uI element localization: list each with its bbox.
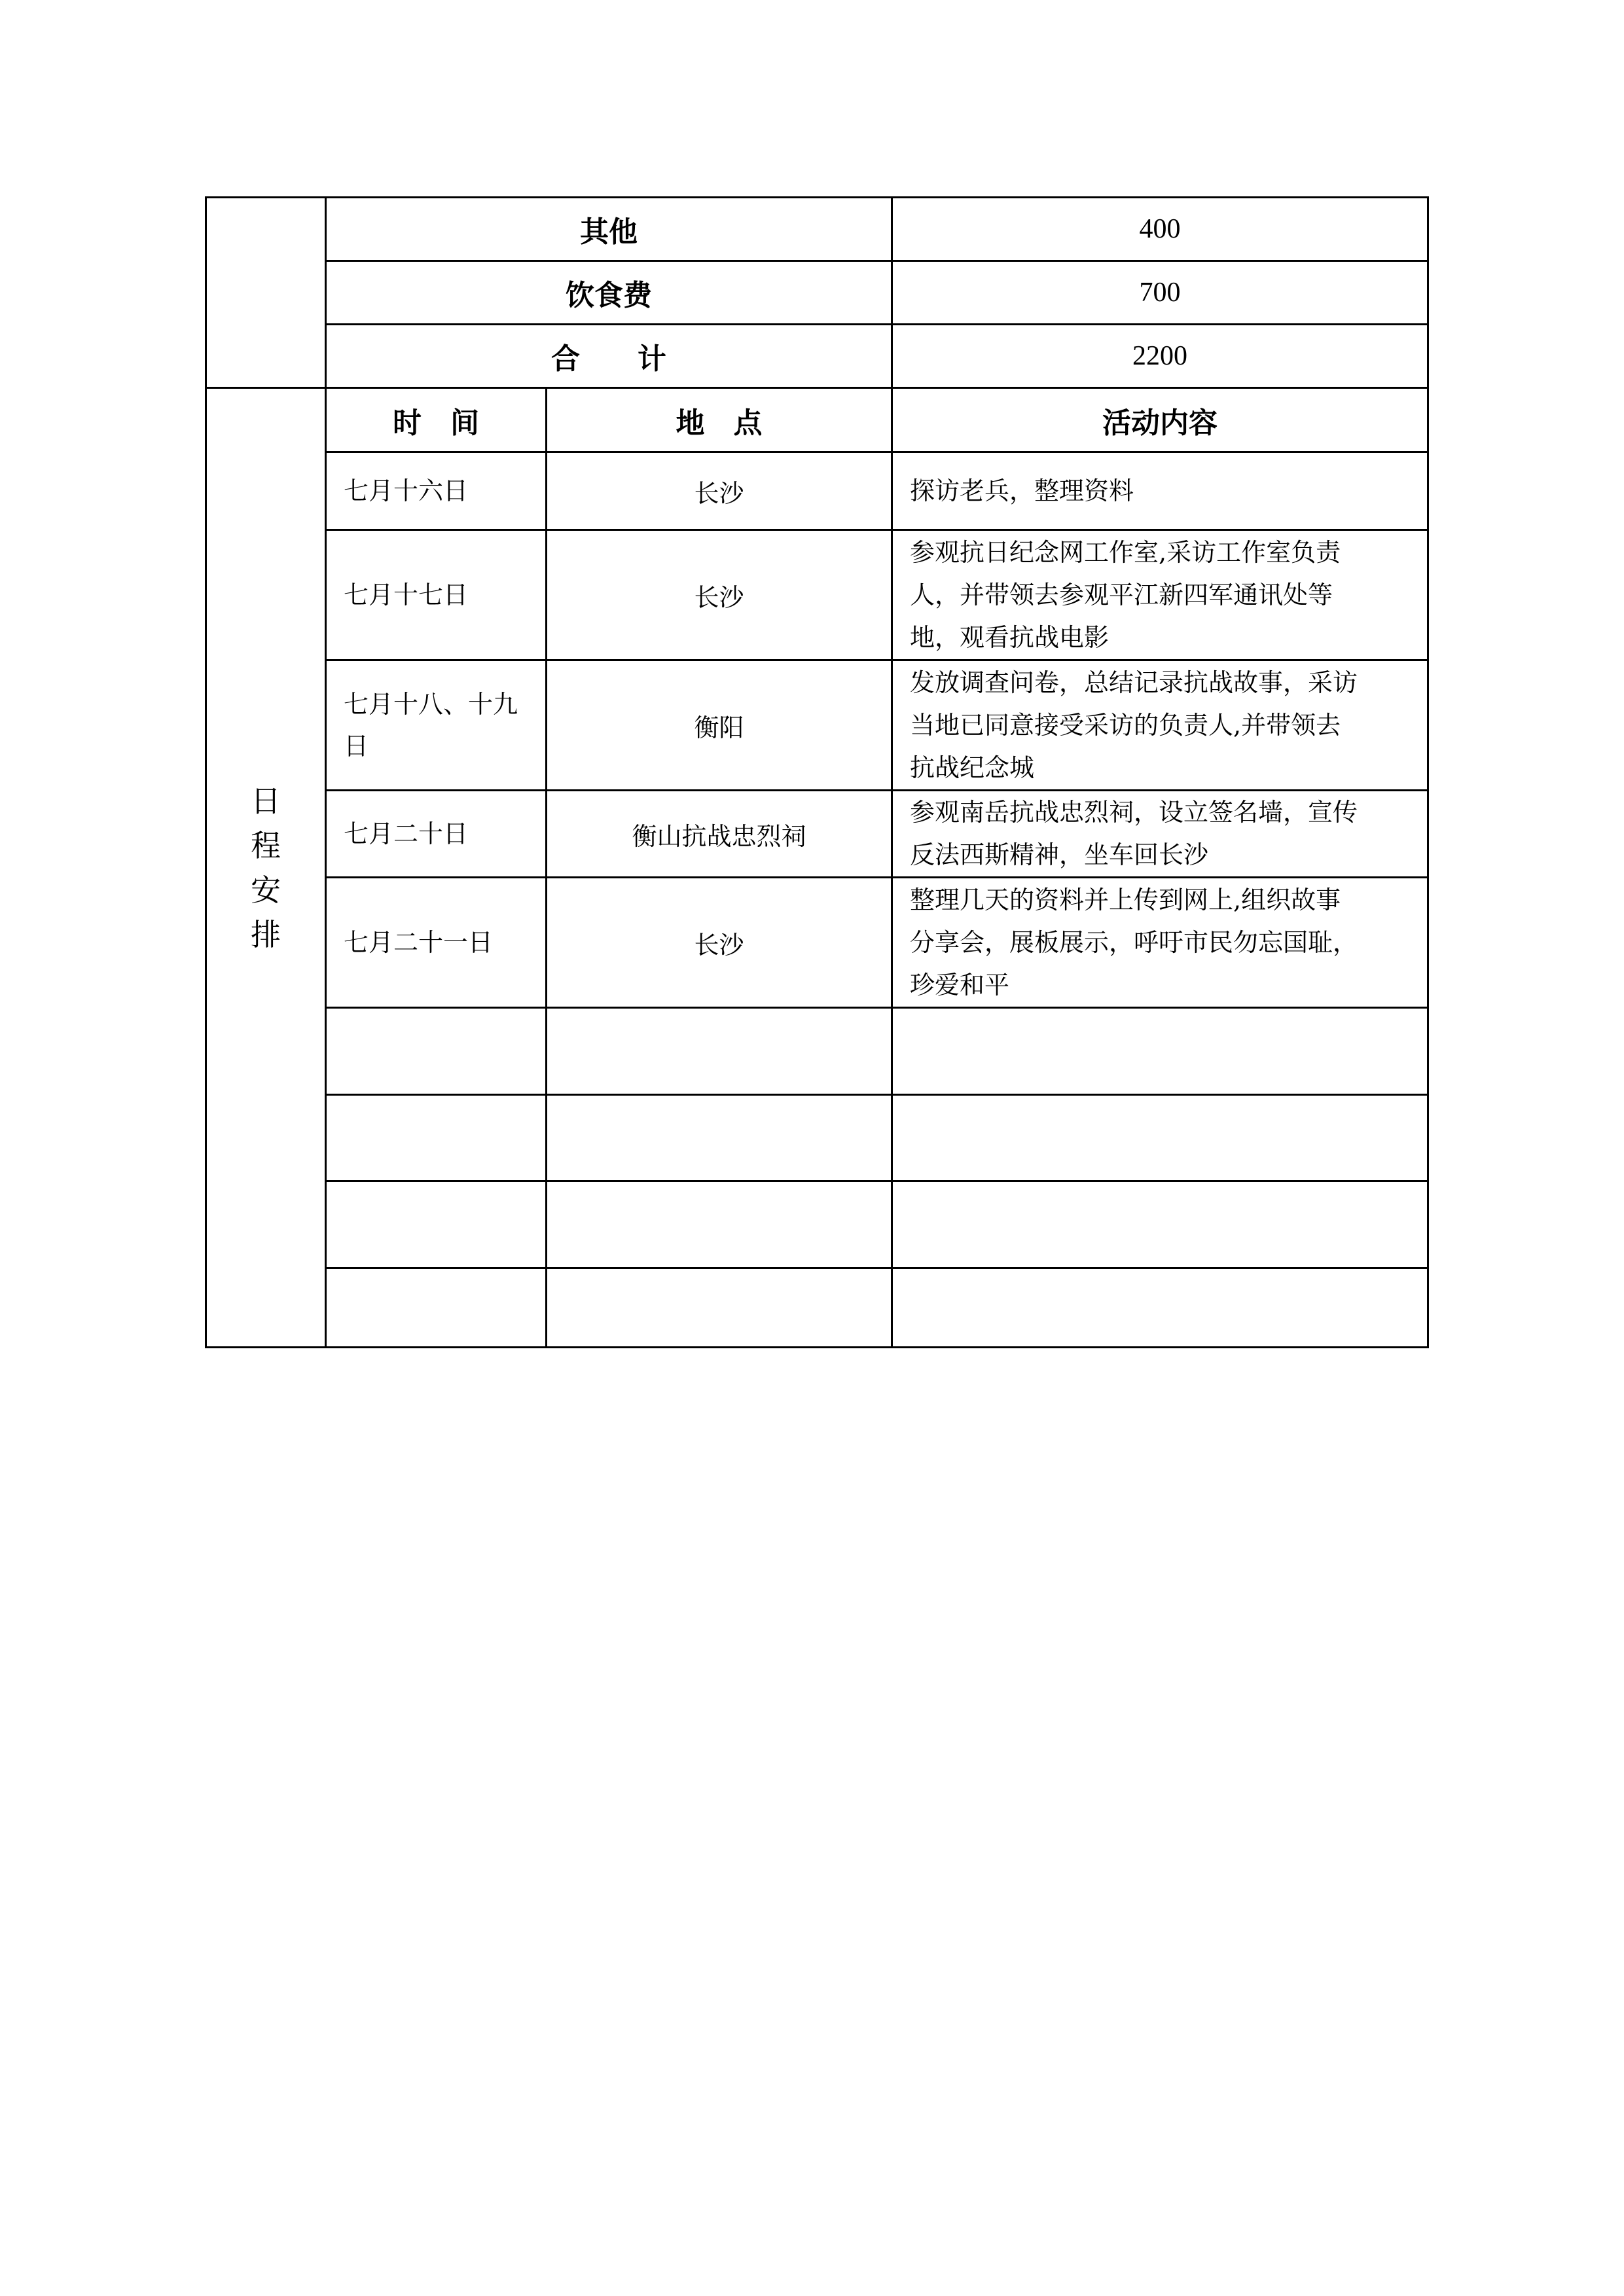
table-row: 七月十八、十九 日 衡阳 发放调查问卷，总结记录抗战故事，采访 当地已同意接受采… [206,660,1428,791]
schedule-section-label: 日 程 安 排 [206,388,326,1348]
content-cell [892,1095,1428,1181]
content-line: 分享会，展板展示，呼吁市民勿忘国耻， [910,922,1415,964]
content-line: 参观南岳抗战忠烈祠，设立签名墙，宣传 [910,791,1415,834]
place-cell [547,1095,892,1181]
table-row: 七月二十一日 长沙 整理几天的资料并上传到网上,组织故事 分享会，展板展示，呼吁… [206,878,1428,1008]
time-line: 日 [344,725,545,767]
budget-label: 其他 [326,198,892,261]
section-label-char: 日 [207,779,325,823]
place-cell [547,1181,892,1268]
table-row-empty [206,1095,1428,1181]
budget-label: 饮食费 [326,261,892,325]
section-label-char: 程 [207,823,325,868]
budget-row-total: 合 计 2200 [206,325,1428,388]
budget-total-value: 2200 [892,325,1428,388]
place-cell: 衡山抗战忠烈祠 [547,791,892,878]
budget-total-label: 合 计 [326,325,892,388]
time-cell: 七月二十日 [326,791,547,878]
table-row: 七月十六日 长沙 探访老兵，整理资料 [206,452,1428,530]
place-cell [547,1268,892,1348]
content-cell: 参观南岳抗战忠烈祠，设立签名墙，宣传 反法西斯精神，坐车回长沙 [892,791,1428,878]
time-cell [326,1181,547,1268]
time-line: 七月十八、十九 [344,683,545,725]
time-cell: 七月十七日 [326,530,547,660]
table-row-empty [206,1268,1428,1348]
content-cell [892,1268,1428,1348]
budget-schedule-table: 其他 400 饮食费 700 合 计 2200 日 程 安 排 时 间 地 点 … [205,196,1429,1348]
time-cell: 七月十六日 [326,452,547,530]
content-cell [892,1181,1428,1268]
table-row: 七月十七日 长沙 参观抗日纪念网工作室,采访工作室负责 人，并带领去参观平江新四… [206,530,1428,660]
time-cell [326,1095,547,1181]
section-label-char: 排 [207,912,325,957]
place-cell: 长沙 [547,878,892,1008]
place-cell: 衡阳 [547,660,892,791]
content-line: 参观抗日纪念网工作室,采访工作室负责 [910,531,1415,574]
content-line: 发放调查问卷，总结记录抗战故事，采访 [910,662,1415,704]
content-line: 珍爱和平 [910,964,1415,1007]
content-line: 当地已同意接受采访的负责人,并带领去 [910,704,1415,747]
schedule-header-row: 日 程 安 排 时 间 地 点 活动内容 [206,388,1428,452]
content-cell: 发放调查问卷，总结记录抗战故事，采访 当地已同意接受采访的负责人,并带领去 抗战… [892,660,1428,791]
content-cell: 探访老兵，整理资料 [892,452,1428,530]
time-cell: 七月二十一日 [326,878,547,1008]
budget-value: 700 [892,261,1428,325]
content-cell: 整理几天的资料并上传到网上,组织故事 分享会，展板展示，呼吁市民勿忘国耻， 珍爱… [892,878,1428,1008]
place-cell [547,1008,892,1095]
content-line: 整理几天的资料并上传到网上,组织故事 [910,879,1415,922]
column-header-time: 时 间 [326,388,547,452]
table-row-empty [206,1181,1428,1268]
table-row-empty [206,1008,1428,1095]
budget-section-label-cell [206,198,326,388]
content-line: 地，观看抗战电影 [910,617,1415,659]
budget-value: 400 [892,198,1428,261]
section-label-char: 安 [207,868,325,912]
place-cell: 长沙 [547,452,892,530]
budget-row-food: 饮食费 700 [206,261,1428,325]
table-row: 七月二十日 衡山抗战忠烈祠 参观南岳抗战忠烈祠，设立签名墙，宣传 反法西斯精神，… [206,791,1428,878]
time-cell [326,1008,547,1095]
column-header-place: 地 点 [547,388,892,452]
content-line: 抗战纪念城 [910,747,1415,789]
time-cell: 七月十八、十九 日 [326,660,547,791]
content-line: 反法西斯精神，坐车回长沙 [910,834,1415,876]
content-cell [892,1008,1428,1095]
budget-row-other: 其他 400 [206,198,1428,261]
content-cell: 参观抗日纪念网工作室,采访工作室负责 人，并带领去参观平江新四军通讯处等 地，观… [892,530,1428,660]
column-header-content: 活动内容 [892,388,1428,452]
place-cell: 长沙 [547,530,892,660]
content-line: 探访老兵，整理资料 [910,470,1415,512]
content-line: 人，并带领去参观平江新四军通讯处等 [910,574,1415,617]
time-cell [326,1268,547,1348]
